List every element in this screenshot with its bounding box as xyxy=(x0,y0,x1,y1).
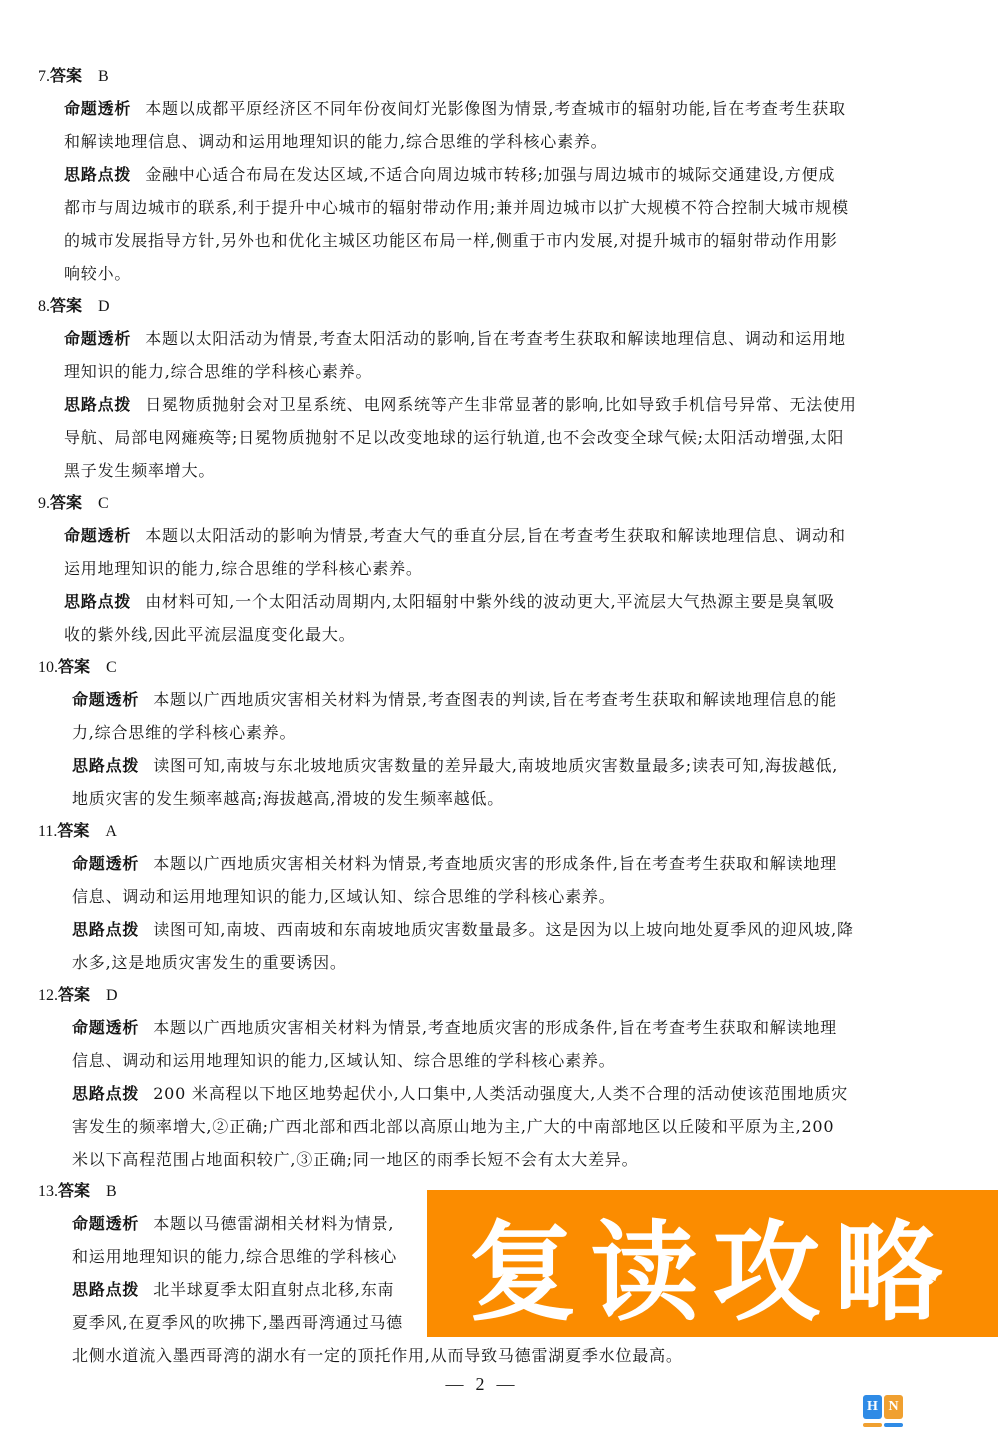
analysis-text: 和解读地理信息、调动和运用地理知识的能力,综合思维的学科核心素养。 xyxy=(64,125,938,158)
question-9: 9.答案C 命题透析本题以太阳活动的影响为情景,考查大气的垂直分层,旨在考查考生… xyxy=(38,486,938,651)
analysis-label: 命题透析 xyxy=(72,690,139,709)
logo-bar xyxy=(863,1423,882,1427)
answer-header: 12.答案D xyxy=(38,978,938,1011)
analysis-text: 本题以广西地质灾害相关材料为情景,考查图表的判读,旨在考查考生获取和解读地理信息… xyxy=(153,690,837,709)
question-number: 7. xyxy=(38,68,50,85)
question-number: 11. xyxy=(38,823,57,840)
answer-value: B xyxy=(106,1183,117,1200)
answer-label: 答案 xyxy=(50,493,82,512)
question-number: 9. xyxy=(38,495,50,512)
answer-value: D xyxy=(98,298,110,315)
analysis-paragraph: 命题透析本题以广西地质灾害相关材料为情景,考查地质灾害的形成条件,旨在考查考生获… xyxy=(38,847,938,913)
hint-text: 都市与周边城市的联系,利于提升中心城市的辐射带动作用;兼并周边城市以扩大规模不符… xyxy=(64,191,938,224)
analysis-paragraph: 命题透析本题以广西地质灾害相关材料为情景,考查图表的判读,旨在考查考生获取和解读… xyxy=(38,683,938,749)
question-number: 10. xyxy=(38,659,58,676)
question-11: 11.答案A 命题透析本题以广西地质灾害相关材料为情景,考查地质灾害的形成条件,… xyxy=(38,814,938,979)
hn-logo-icon: H N xyxy=(863,1395,905,1429)
hint-text: 地质灾害的发生频率越高;海拔越高,滑坡的发生频率越低。 xyxy=(72,782,938,815)
hint-text: 响较小。 xyxy=(64,257,938,290)
answer-label: 答案 xyxy=(50,296,82,315)
hint-text: 米以下高程范围占地面积较广,③正确;同一地区的雨季长短不会有太大差异。 xyxy=(72,1143,938,1176)
hint-text: 的城市发展指导方针,另外也和优化主城区功能区布局一样,侧重于市内发展,对提升城市… xyxy=(64,224,938,257)
hint-label: 思路点拨 xyxy=(72,920,139,939)
analysis-label: 命题透析 xyxy=(64,526,131,545)
page-number: —2— xyxy=(0,1374,1000,1395)
analysis-text: 本题以广西地质灾害相关材料为情景,考查地质灾害的形成条件,旨在考查考生获取和解读… xyxy=(153,854,837,873)
logo-letter-n: N xyxy=(884,1395,903,1419)
hint-text: 害发生的频率增大,②正确;广西北部和西北部以高原山地为主,广大的中南部地区以丘陵… xyxy=(72,1110,938,1143)
answer-value: D xyxy=(106,987,118,1004)
question-number: 12. xyxy=(38,987,58,1004)
hint-text: 黑子发生频率增大。 xyxy=(64,454,938,487)
answer-value: B xyxy=(98,68,109,85)
hint-text: 日冕物质抛射会对卫星系统、电网系统等产生非常显著的影响,比如导致手机信号异常、无… xyxy=(145,395,857,414)
hint-text: 金融中心适合布局在发达区域,不适合向周边城市转移;加强与周边城市的城际交通建设,… xyxy=(145,165,835,184)
analysis-text: 理知识的能力,综合思维的学科核心素养。 xyxy=(64,355,938,388)
question-10: 10.答案C 命题透析本题以广西地质灾害相关材料为情景,考查图表的判读,旨在考查… xyxy=(38,650,938,815)
answer-label: 答案 xyxy=(58,657,90,676)
hint-text: 北侧水道流入墨西哥湾的湖水有一定的顶托作用,从而导致马德雷湖夏季水位最高。 xyxy=(72,1339,938,1372)
question-7: 7.答案B 命题透析本题以成都平原经济区不同年份夜间灯光影像图为情景,考查城市的… xyxy=(38,59,938,290)
analysis-label: 命题透析 xyxy=(64,99,131,118)
answer-value: C xyxy=(98,495,109,512)
question-number: 13. xyxy=(38,1183,58,1200)
hint-paragraph: 思路点拨由材料可知,一个太阳活动周期内,太阳辐射中紫外线的波动更大,平流层大气热… xyxy=(38,585,938,651)
answer-header: 7.答案B xyxy=(38,59,938,92)
analysis-text: 本题以马德雷湖相关材料为情景, xyxy=(153,1214,394,1233)
analysis-text: 本题以太阳活动为情景,考查太阳活动的影响,旨在考查考生获取和解读地理信息、调动和… xyxy=(145,329,846,348)
question-12: 12.答案D 命题透析本题以广西地质灾害相关材料为情景,考查地质灾害的形成条件,… xyxy=(38,978,938,1176)
analysis-label: 命题透析 xyxy=(72,854,139,873)
analysis-text: 信息、调动和运用地理知识的能力,区域认知、综合思维的学科核心素养。 xyxy=(72,1044,938,1077)
page-number-value: 2 xyxy=(476,1374,485,1394)
analysis-paragraph: 命题透析本题以太阳活动为情景,考查太阳活动的影响,旨在考查考生获取和解读地理信息… xyxy=(38,322,938,388)
answer-value: C xyxy=(106,659,117,676)
hint-text: 200 米高程以下地区地势起伏小,人口集中,人类活动强度大,人类不合理的活动使该… xyxy=(153,1084,848,1103)
analysis-text: 力,综合思维的学科核心素养。 xyxy=(72,716,938,749)
analysis-text: 本题以广西地质灾害相关材料为情景,考查地质灾害的形成条件,旨在考查考生获取和解读… xyxy=(153,1018,837,1037)
hint-label: 思路点拨 xyxy=(72,756,139,775)
hint-paragraph: 思路点拨读图可知,南坡、西南坡和东南坡地质灾害数量最多。这是因为以上坡向地处夏季… xyxy=(38,913,938,979)
analysis-paragraph: 命题透析本题以成都平原经济区不同年份夜间灯光影像图为情景,考查城市的辐射功能,旨… xyxy=(38,92,938,158)
answer-value: A xyxy=(105,823,117,840)
analysis-paragraph: 命题透析本题以广西地质灾害相关材料为情景,考查地质灾害的形成条件,旨在考查考生获… xyxy=(38,1011,938,1077)
hint-text: 收的紫外线,因此平流层温度变化最大。 xyxy=(64,618,938,651)
hint-text: 水多,这是地质灾害发生的重要诱因。 xyxy=(72,946,938,979)
answer-header: 10.答案C xyxy=(38,650,938,683)
hint-label: 思路点拨 xyxy=(72,1280,139,1299)
answer-header: 11.答案A xyxy=(38,814,938,847)
question-8: 8.答案D 命题透析本题以太阳活动为情景,考查太阳活动的影响,旨在考查考生获取和… xyxy=(38,289,938,487)
page-dash-left: — xyxy=(446,1374,464,1394)
analysis-text: 运用地理知识的能力,综合思维的学科核心素养。 xyxy=(64,552,938,585)
analysis-label: 命题透析 xyxy=(72,1018,139,1037)
hint-label: 思路点拨 xyxy=(72,1084,139,1103)
hint-text: 北半球夏季太阳直射点北移,东南 xyxy=(153,1280,394,1299)
answer-header: 9.答案C xyxy=(38,486,938,519)
answer-key-page: 7.答案B 命题透析本题以成都平原经济区不同年份夜间灯光影像图为情景,考查城市的… xyxy=(0,0,1000,1438)
answer-header: 8.答案D xyxy=(38,289,938,322)
hint-text: 由材料可知,一个太阳活动周期内,太阳辐射中紫外线的波动更大,平流层大气热源主要是… xyxy=(145,592,835,611)
analysis-paragraph: 命题透析本题以太阳活动的影响为情景,考查大气的垂直分层,旨在考查考生获取和解读地… xyxy=(38,519,938,585)
analysis-text: 本题以太阳活动的影响为情景,考查大气的垂直分层,旨在考查考生获取和解读地理信息、… xyxy=(145,526,846,545)
analysis-label: 命题透析 xyxy=(72,1214,139,1233)
answer-label: 答案 xyxy=(50,66,82,85)
hint-paragraph: 思路点拨读图可知,南坡与东北坡地质灾害数量的差异最大,南坡地质灾害数量最多;读表… xyxy=(38,749,938,815)
hint-paragraph: 思路点拨日冕物质抛射会对卫星系统、电网系统等产生非常显著的影响,比如导致手机信号… xyxy=(38,388,938,487)
hint-label: 思路点拨 xyxy=(64,395,131,414)
hint-label: 思路点拨 xyxy=(64,592,131,611)
analysis-label: 命题透析 xyxy=(64,329,131,348)
page-dash-right: — xyxy=(497,1374,515,1394)
hint-text: 导航、局部电网瘫痪等;日冕物质抛射不足以改变地球的运行轨道,也不会改变全球气候;… xyxy=(64,421,938,454)
answer-label: 答案 xyxy=(58,1181,90,1200)
question-number: 8. xyxy=(38,298,50,315)
hint-paragraph: 思路点拨金融中心适合布局在发达区域,不适合向周边城市转移;加强与周边城市的城际交… xyxy=(38,158,938,290)
watermark-banner: 复读攻略 xyxy=(427,1190,998,1337)
logo-letter-h: H xyxy=(863,1395,882,1419)
hint-text: 读图可知,南坡与东北坡地质灾害数量的差异最大,南坡地质灾害数量最多;读表可知,海… xyxy=(153,756,838,775)
hint-text: 读图可知,南坡、西南坡和东南坡地质灾害数量最多。这是因为以上坡向地处夏季风的迎风… xyxy=(153,920,854,939)
answer-label: 答案 xyxy=(57,821,89,840)
analysis-text: 本题以成都平原经济区不同年份夜间灯光影像图为情景,考查城市的辐射功能,旨在考查考… xyxy=(145,99,846,118)
hint-paragraph: 思路点拨200 米高程以下地区地势起伏小,人口集中,人类活动强度大,人类不合理的… xyxy=(38,1077,938,1176)
analysis-text: 信息、调动和运用地理知识的能力,区域认知、综合思维的学科核心素养。 xyxy=(72,880,938,913)
answer-label: 答案 xyxy=(58,985,90,1004)
logo-bar xyxy=(884,1423,903,1427)
hint-label: 思路点拨 xyxy=(64,165,131,184)
